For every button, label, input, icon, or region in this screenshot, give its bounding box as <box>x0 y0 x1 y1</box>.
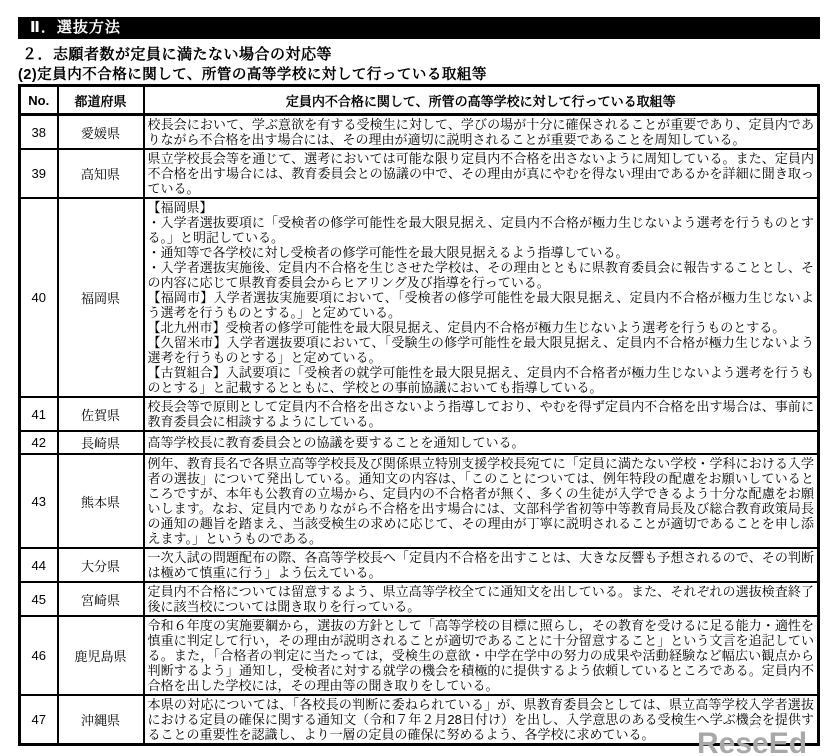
row-initiatives-text: 校長会等で原則として定員内不合格を出さないよう指導しており、やむを得ず定員内不合… <box>144 397 819 431</box>
col-header-no: No. <box>20 86 58 115</box>
row-no: 45 <box>20 582 58 616</box>
row-prefecture: 宮崎県 <box>58 582 144 616</box>
subsection-title: ２．志願者数が定員に満たない場合の対応等 <box>22 43 332 64</box>
table-row: 44 大分県 一次入試の問題配布の際、各高等学校長へ「定員内不合格を出すことは、… <box>20 548 819 582</box>
table-row: 43 熊本県 例年、教育長名で各県立高等学校長及び関係県立特別支援学校長宛てに「… <box>20 454 819 548</box>
row-initiatives-text: 高等学校長に教育委員会との協議を要することを通知している。 <box>144 431 819 454</box>
table-row: 40 福岡県 【福岡県】 ・入学者選抜要項に「受検者の修学可能性を最大限見据え、… <box>20 198 819 397</box>
row-no: 42 <box>20 431 58 454</box>
table-row: 41 佐賀県 校長会等で原則として定員内不合格を出さないよう指導しており、やむを… <box>20 397 819 431</box>
table-row: 42 長崎県 高等学校長に教育委員会との協議を要することを通知している。 <box>20 431 819 454</box>
table-row: 45 宮崎県 定員内不合格については留意するよう、県立高等学校全てに通知文を出し… <box>20 582 819 616</box>
row-no: 46 <box>20 616 58 695</box>
row-prefecture: 沖縄県 <box>58 695 144 745</box>
row-no: 38 <box>20 115 58 150</box>
row-prefecture: 高知県 <box>58 149 144 198</box>
row-prefecture: 愛媛県 <box>58 115 144 150</box>
row-initiatives-text: 【福岡県】 ・入学者選抜要項に「受検者の修学可能性を最大限見据え、定員内不合格が… <box>144 198 819 397</box>
col-header-initiatives: 定員内不合格に関して、所管の高等学校に対して行っている取組等 <box>144 86 819 115</box>
row-initiatives-text: 令和６年度の実施要綱から，選抜の方針として「高等学校の目標に照らし，その教育を受… <box>144 616 819 695</box>
row-no: 40 <box>20 198 58 397</box>
watermark-logo-text: ReseEd <box>697 730 807 756</box>
row-prefecture: 大分県 <box>58 548 144 582</box>
prefecture-table-body: 38 愛媛県 校長会において、学ぶ意欲を有する受検生に対して、学びの場が十分に確… <box>20 115 819 745</box>
table-row: 46 鹿児島県 令和６年度の実施要綱から，選抜の方針として「高等学校の目標に照ら… <box>20 616 819 695</box>
document-page: Ⅱ．選抜方法 ２．志願者数が定員に満たない場合の対応等 (2)定員内不合格に関し… <box>0 0 826 756</box>
row-prefecture: 佐賀県 <box>58 397 144 431</box>
row-initiatives-text: 例年、教育長名で各県立高等学校長及び関係県立特別支援学校長宛てに「定員に満たない… <box>144 454 819 548</box>
row-no: 39 <box>20 149 58 198</box>
row-prefecture: 熊本県 <box>58 454 144 548</box>
row-no: 43 <box>20 454 58 548</box>
row-initiatives-text: 一次入試の問題配布の際、各高等学校長へ「定員内不合格を出すことは、大きな反響も予… <box>144 548 819 582</box>
row-no: 44 <box>20 548 58 582</box>
reseed-watermark-logo: リシード ReseEd <box>697 722 807 756</box>
section-title: Ⅱ．選抜方法 <box>18 17 820 39</box>
row-initiatives-text: 県立学校長会等を通じて、選考においては可能な限り定員内不合格を出さないように周知… <box>144 149 819 198</box>
row-no: 41 <box>20 397 58 431</box>
table-row: 39 高知県 県立学校長会等を通じて、選考においては可能な限り定員内不合格を出さ… <box>20 149 819 198</box>
row-prefecture: 福岡県 <box>58 198 144 397</box>
table-header: No. 都道府県 定員内不合格に関して、所管の高等学校に対して行っている取組等 <box>20 86 819 115</box>
row-prefecture: 鹿児島県 <box>58 616 144 695</box>
table-row: 38 愛媛県 校長会において、学ぶ意欲を有する受検生に対して、学びの場が十分に確… <box>20 115 819 150</box>
row-prefecture: 長崎県 <box>58 431 144 454</box>
row-initiatives-text: 校長会において、学ぶ意欲を有する受検生に対して、学びの場が十分に確保されることが… <box>144 115 819 150</box>
prefecture-initiatives-table: No. 都道府県 定員内不合格に関して、所管の高等学校に対して行っている取組等 … <box>18 84 820 746</box>
row-no: 47 <box>20 695 58 745</box>
col-header-prefecture: 都道府県 <box>58 86 144 115</box>
row-initiatives-text: 定員内不合格については留意するよう、県立高等学校全てに通知文を出している。また、… <box>144 582 819 616</box>
item-title: (2)定員内不合格に関して、所管の高等学校に対して行っている取組等 <box>18 63 487 84</box>
